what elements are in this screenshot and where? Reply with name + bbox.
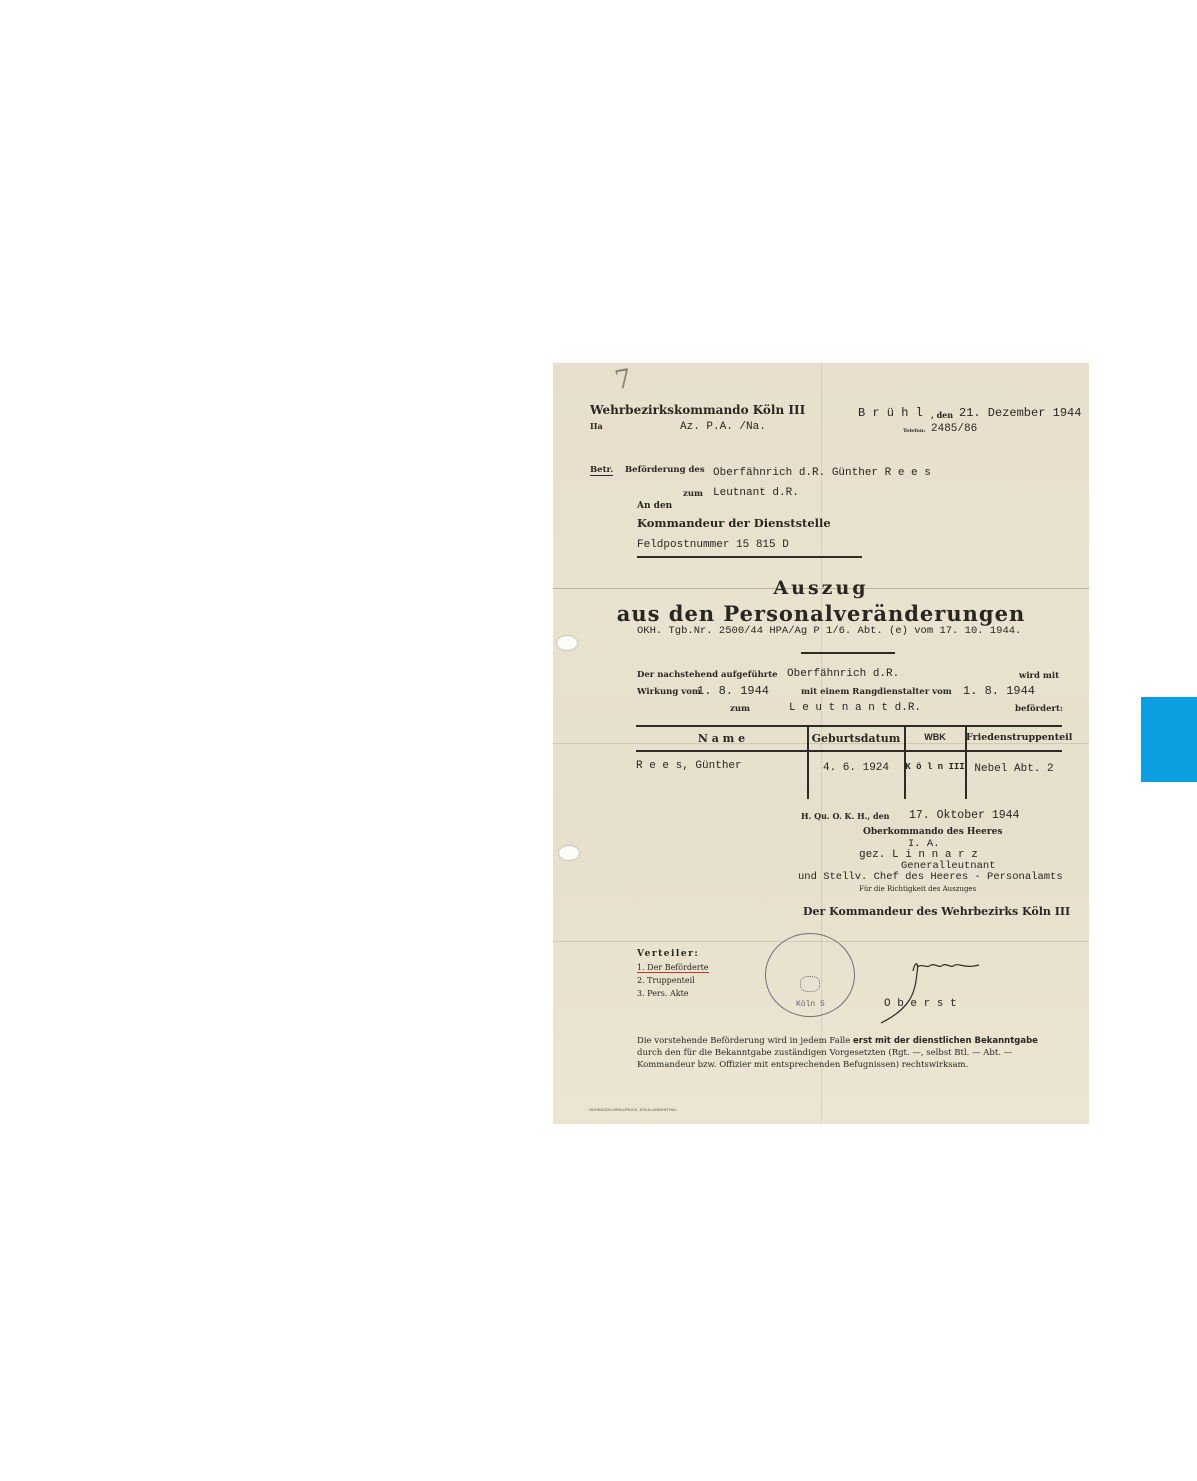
- promotion-table: N a m e Geburtsdatum WBK Friedenstruppen…: [636, 725, 1062, 801]
- footnote-bold: erst mit der dienstlichen Bekanntgabe: [853, 1036, 1038, 1046]
- punch-hole-bottom: [559, 846, 579, 860]
- telefon-label: Telefon:: [903, 428, 925, 434]
- rangdienstalter-date: 1. 8. 1944: [963, 684, 1035, 698]
- table-cell-wbk: K ö l n III: [905, 762, 965, 772]
- table-cell-geburtsdatum: 4. 6. 1924: [808, 762, 904, 774]
- department: IIa: [590, 421, 603, 431]
- office-name: Wehrbezirkskommando Köln III: [590, 403, 805, 417]
- table-header-geburtsdatum: Geburtsdatum: [808, 732, 904, 745]
- footnote-part1: Die vorstehende Beförderung wird in jede…: [637, 1036, 850, 1046]
- printer-note: HOHENZOLLERN-DRUCK, KÖLN-LINDENTHAL: [589, 1107, 677, 1112]
- body-line2-label: Wirkung vom: [637, 687, 701, 697]
- distribution-item-2: 2. Truppenteil: [637, 976, 695, 985]
- recipient-name: Kommandeur der Dienststelle: [637, 516, 831, 530]
- punch-hole-top: [557, 636, 577, 650]
- feldpost-underline: [637, 556, 862, 558]
- body-line3-value: L e u t n a n t d.R.: [789, 702, 921, 714]
- table-header-friedenstruppenteil: Friedenstruppenteil: [966, 732, 1062, 743]
- table-header-name: N a m e: [636, 732, 807, 745]
- body-line1-value: Oberfähnrich d.R.: [787, 668, 899, 680]
- distribution-label: Verteiler:: [637, 949, 699, 959]
- den-label: , den: [931, 410, 953, 420]
- certify-note: Für die Richtigkeit des Auszuges: [859, 885, 976, 893]
- signature-rank: O b e r s t: [884, 998, 957, 1010]
- body-line3-end: befördert:: [1015, 704, 1063, 714]
- legal-footnote: Die vorstehende Beförderung wird in jede…: [637, 1035, 1063, 1071]
- table-cell-friedenstruppenteil: Nebel Abt. 2: [966, 763, 1062, 775]
- hq-label: H. Qu. O. K. H., den: [801, 811, 890, 821]
- reference: Az. P.A. /Na.: [680, 421, 766, 433]
- title-separator: [801, 652, 895, 654]
- rank-from: Oberfähnrich d.R. Günther R e e s: [713, 467, 931, 479]
- okh-reference: OKH. Tgb.Nr. 2500/44 HPA/Ag P 1/6. Abt. …: [637, 625, 1021, 637]
- signer-role: und Stellv. Chef des Heeres - Personalam…: [798, 871, 1063, 883]
- command-name: Oberkommando des Heeres: [863, 827, 1002, 837]
- title-auszug: Auszug: [553, 577, 1089, 599]
- body-line3-label: zum: [730, 704, 750, 714]
- rank-to: Leutnant d.R.: [713, 487, 799, 499]
- document-scan: 7 Wehrbezirkskommando Köln III IIa Az. P…: [553, 363, 1089, 1124]
- distribution-item-1: 1. Der Beförderte: [637, 963, 709, 973]
- body-line1-end: wird mit: [1019, 671, 1059, 681]
- hq-date: 17. Oktober 1944: [909, 809, 1019, 822]
- official-stamp: Köln 5: [765, 933, 855, 1017]
- title-personalveraenderungen: aus den Personalveränderungen: [553, 601, 1089, 626]
- letter-date: 21. Dezember 1944: [959, 406, 1081, 420]
- footnote-part2: durch den für die Bekanntgabe zuständige…: [637, 1048, 1012, 1070]
- distribution-item-3: 3. Pers. Akte: [637, 989, 689, 998]
- telefon: 2485/86: [931, 423, 977, 435]
- betr-label: Betr.: [590, 465, 613, 476]
- an-den: An den: [637, 501, 672, 511]
- commander-title: Der Kommandeur des Wehrbezirks Köln III: [803, 905, 1070, 918]
- table-header-wbk: WBK: [905, 732, 965, 742]
- side-tab[interactable]: [1141, 697, 1197, 782]
- body-line2-mid: mit einem Rangdienstalter vom: [801, 687, 952, 697]
- pencil-mark: 7: [613, 364, 635, 396]
- befoerderung-label: Beförderung des: [625, 465, 705, 475]
- place: B r ü h l: [858, 406, 923, 420]
- feldpost-number: Feldpostnummer 15 815 D: [637, 539, 789, 551]
- eagle-emblem-icon: [800, 976, 820, 992]
- wirkung-date: 1. 8. 1944: [697, 684, 769, 698]
- stamp-text: Köln 5: [796, 1000, 825, 1009]
- zum-label: zum: [683, 489, 703, 499]
- table-cell-name: R e e s, Günther: [636, 760, 742, 772]
- signature-scribble-icon: [853, 953, 993, 1033]
- body-line1-label: Der nachstehend aufgeführte: [637, 670, 778, 680]
